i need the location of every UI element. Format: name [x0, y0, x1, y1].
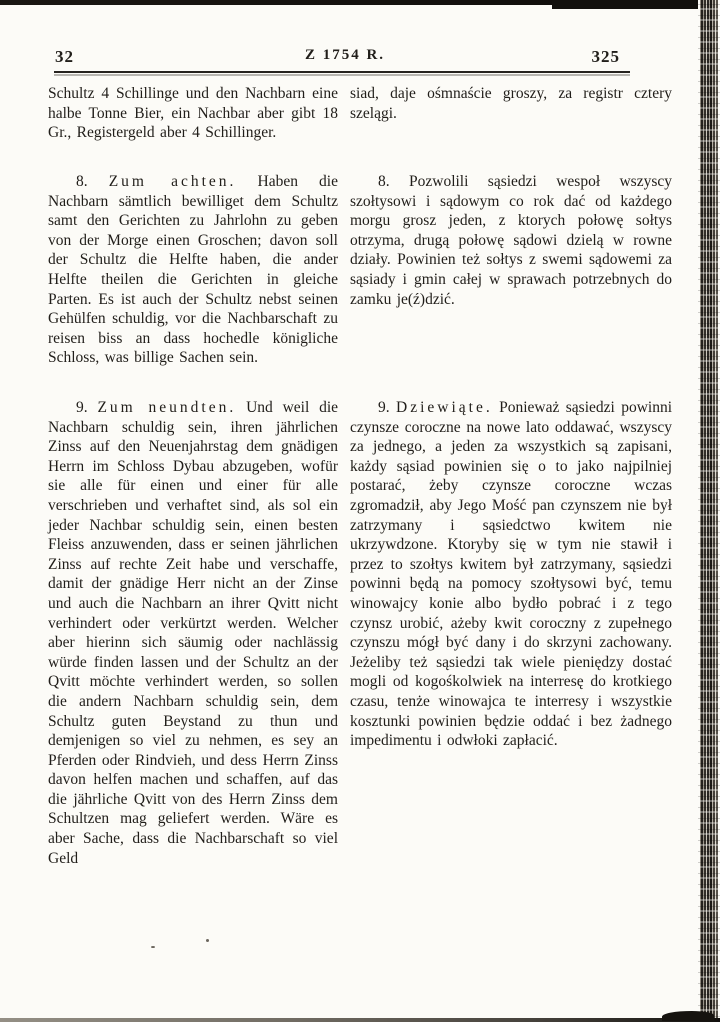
section-number: 8. — [378, 173, 390, 190]
paragraph-text: Ponieważ sąsiedzi powinni czynsze corocz… — [350, 399, 672, 749]
left-section-8: 8. Zum achten. Haben die Nachbarn sämtli… — [48, 172, 338, 388]
section-number: 9. — [76, 399, 88, 416]
right-section-8: 8. Pozwolili sąsiedzi wespoł wszyscy szo… — [350, 172, 672, 388]
right-edge-scan-band — [698, 0, 720, 1022]
paragraph-text: Pozwolili sąsiedzi wespoł wszyscy szołty… — [350, 173, 672, 308]
header-rule — [54, 71, 630, 73]
paragraph-text: Und weil die Nachbarn schuldig sein, ihr… — [48, 399, 338, 867]
section-number: 8. — [76, 173, 88, 190]
page-number-right: 325 — [560, 47, 620, 67]
paragraph-text: Schultz 4 Schillinge und den Nachbarn ei… — [48, 85, 338, 141]
paragraph-text: Haben die Nachbarn sämtlich bewilliget d… — [48, 173, 338, 366]
ink-speck — [206, 939, 209, 942]
right-paragraph-continuation: siad, daje ośmnaście groszy, za registr … — [350, 84, 672, 162]
top-right-edge-scan-artifact — [552, 0, 720, 9]
bottom-right-corner-blob — [662, 1011, 714, 1021]
bottom-edge-scan-artifact — [0, 1018, 720, 1022]
right-section-9: 9. Dziewiąte. Ponieważ sąsiedzi powinni … — [350, 398, 672, 751]
section-heading: Zum neundten. — [97, 399, 236, 416]
section-heading: Zum achten. — [109, 173, 237, 190]
text-columns: Schultz 4 Schillinge und den Nachbarn ei… — [48, 84, 672, 868]
page-scan: 32 Z 1754 R. 325 Schultz 4 Schillinge un… — [0, 0, 720, 1022]
left-paragraph-continuation: Schultz 4 Schillinge und den Nachbarn ei… — [48, 84, 338, 162]
ink-speck — [151, 946, 155, 948]
section-heading: Dziewiąte. — [396, 399, 493, 416]
left-section-9: 9. Zum neundten. Und weil die Nachbarn s… — [48, 398, 338, 868]
section-number: 9. — [378, 399, 390, 416]
paragraph-text: siad, daje ośmnaście groszy, za registr … — [350, 85, 672, 122]
